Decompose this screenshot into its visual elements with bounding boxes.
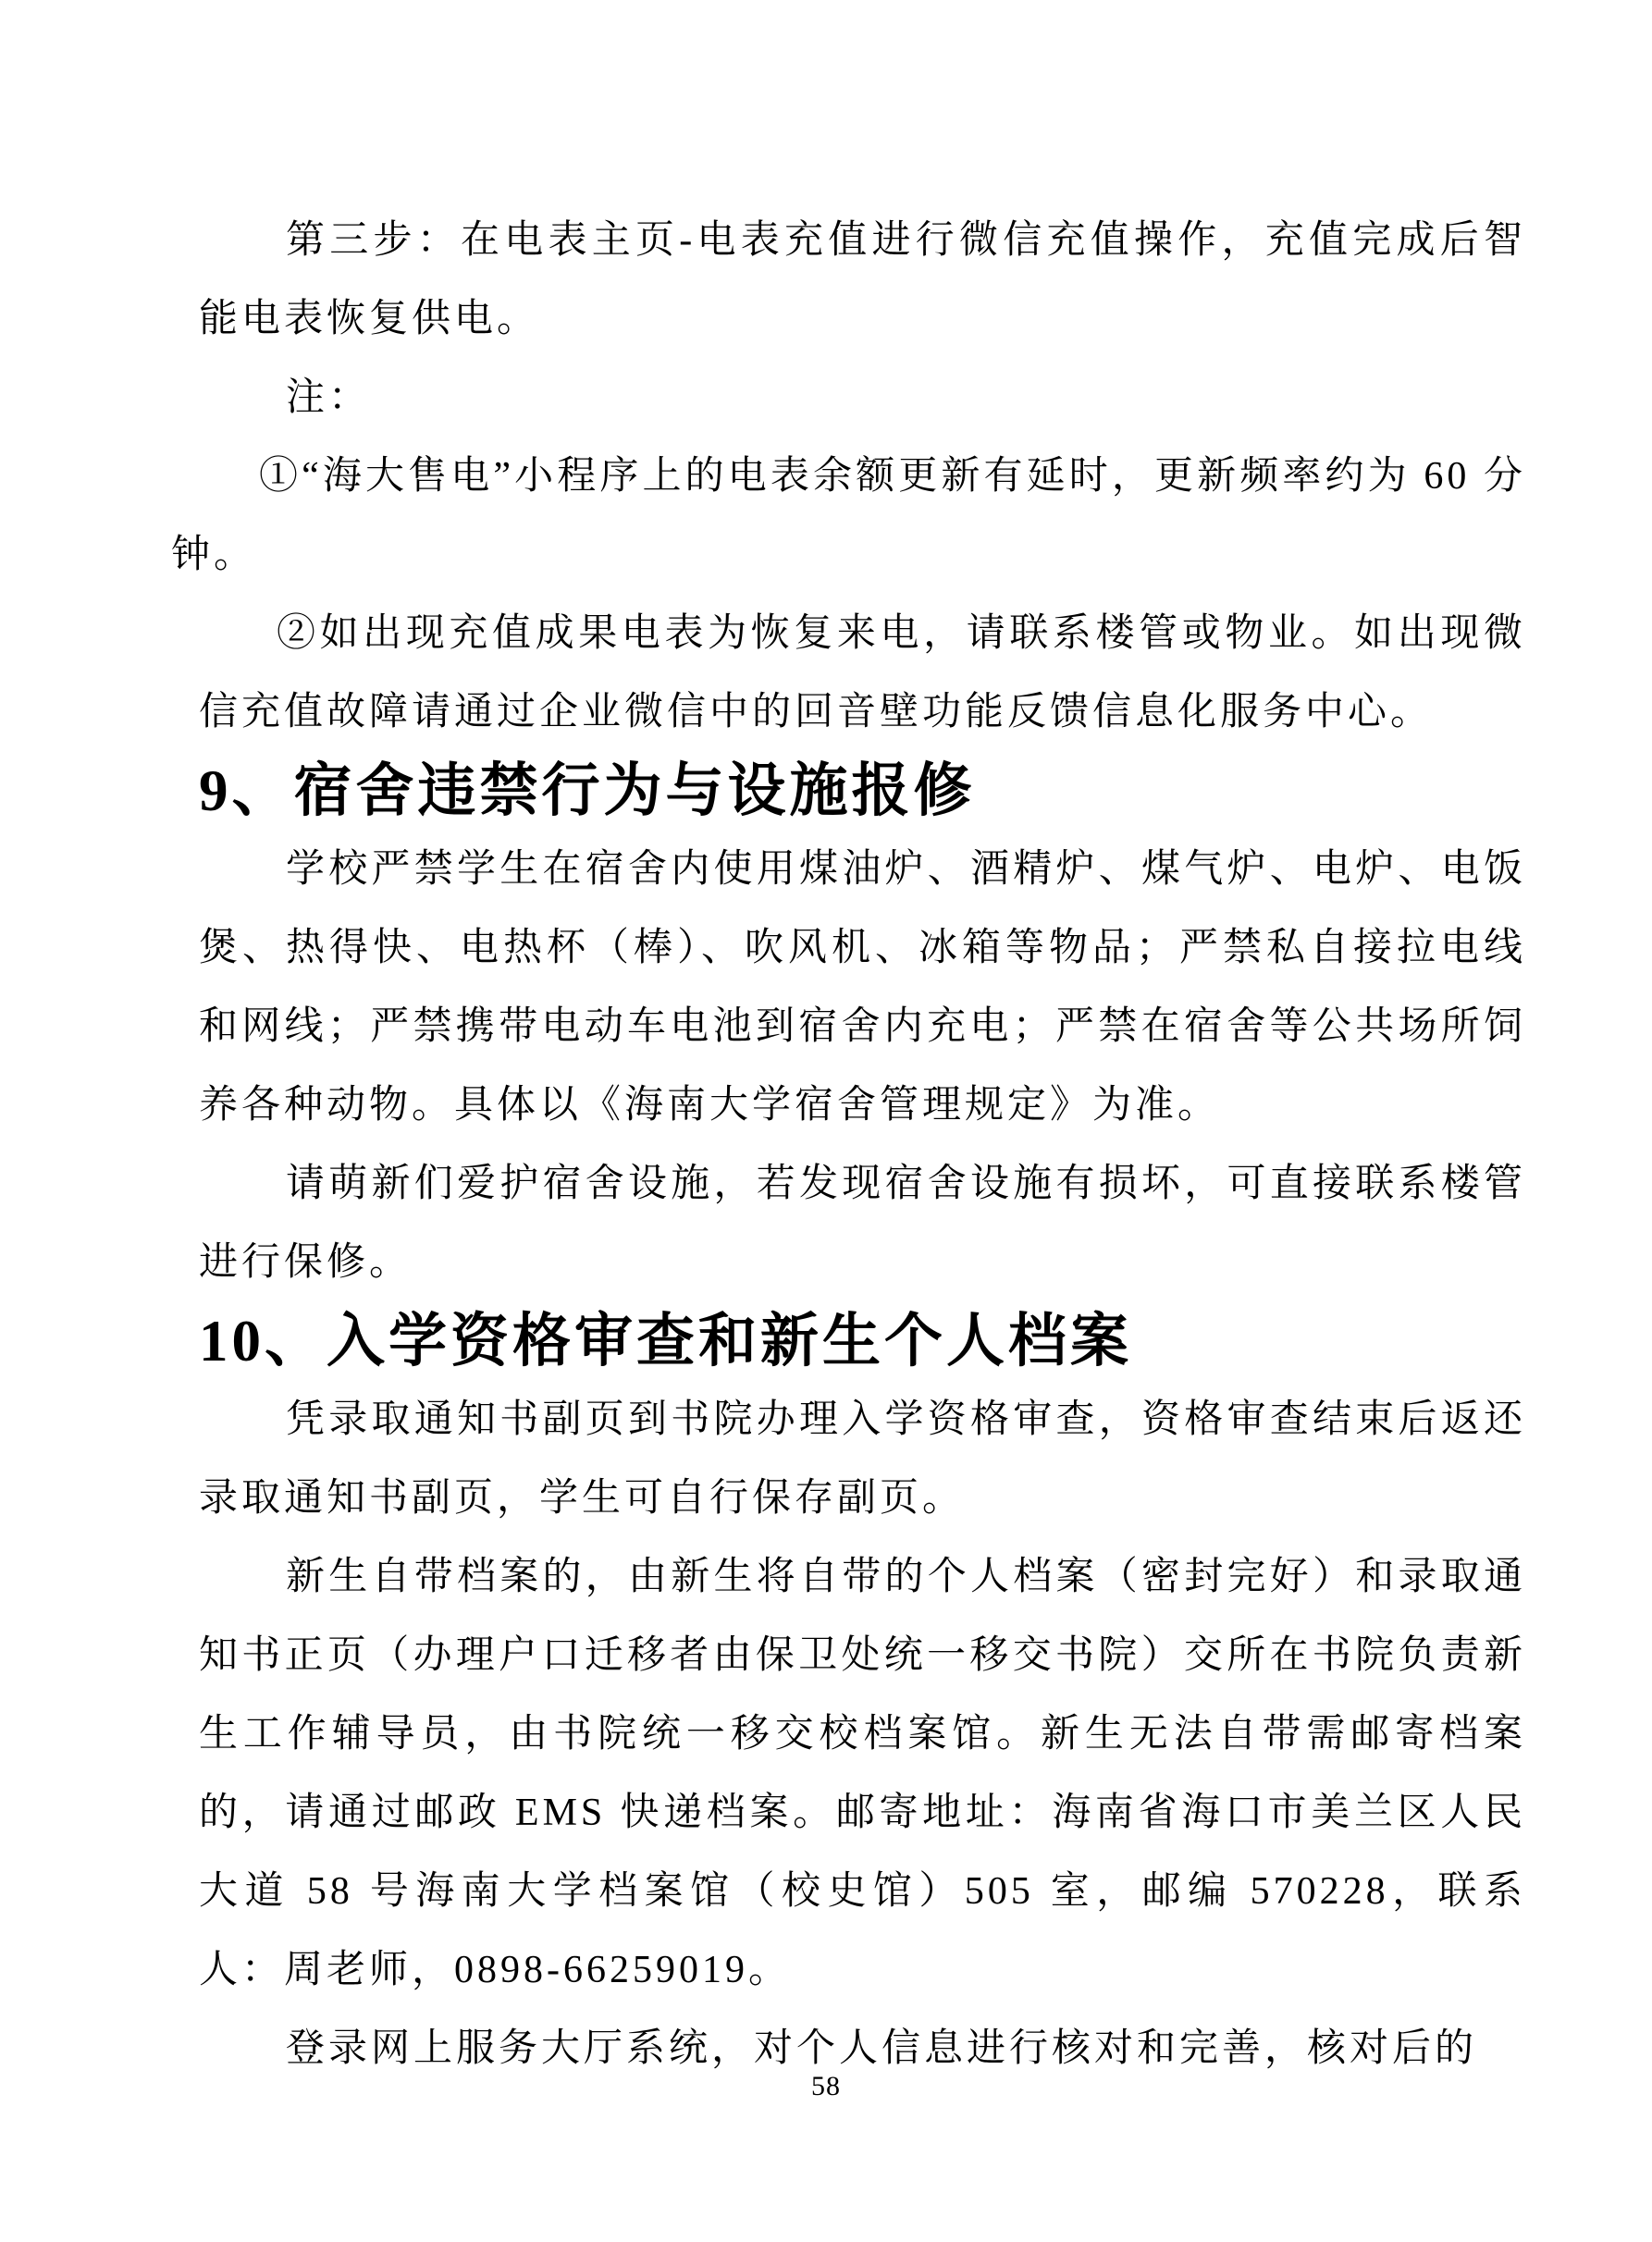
paragraph-note-label: 注： — [199, 359, 1526, 437]
paragraph-dorm-repair: 请萌新们爱护宿舍设施，若发现宿舍设施有损坏，可直接联系楼管进行保修。 — [199, 1145, 1526, 1302]
paragraph-note-2: ②如出现充值成果电表为恢复来电，请联系楼管或物业。如出现微信充值故障请通过企业微… — [199, 595, 1526, 752]
section-heading-10: 10、入学资格审查和新生个人档案 — [199, 1302, 1526, 1381]
document-page: 第三步：在电表主页-电表充值进行微信充值操作，充值完成后智能电表恢复供电。 注：… — [0, 0, 1652, 2242]
paragraph-note-1: ①“海大售电”小程序上的电表余额更新有延时，更新频率约为 60 分钟。 — [171, 437, 1526, 595]
paragraph-step3: 第三步：在电表主页-电表充值进行微信充值操作，充值完成后智能电表恢复供电。 — [199, 202, 1526, 359]
paragraph-dorm-rules: 学校严禁学生在宿舍内使用煤油炉、酒精炉、煤气炉、电炉、电饭煲、热得快、电热杯（棒… — [199, 831, 1526, 1145]
section-heading-9: 9、宿舍违禁行为与设施报修 — [199, 752, 1526, 831]
document-body: 第三步：在电表主页-电表充值进行微信充值操作，充值完成后智能电表恢复供电。 注：… — [199, 202, 1526, 2088]
paragraph-qualification-check: 凭录取通知书副页到书院办理入学资格审查，资格审查结束后返还录取通知书副页，学生可… — [199, 1381, 1526, 1538]
paragraph-personal-archives: 新生自带档案的，由新生将自带的个人档案（密封完好）和录取通知书正页（办理户口迁移… — [199, 1538, 1526, 2010]
page-number: 58 — [0, 2070, 1652, 2103]
